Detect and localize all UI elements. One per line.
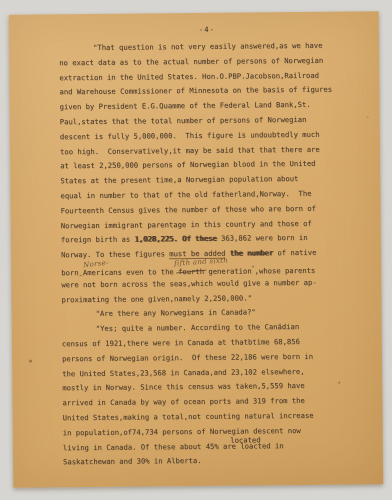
typed-segment: even to the (122, 267, 178, 277)
typed-line: Saskatchewan and 30% in Alberta. (63, 453, 359, 471)
typed-segment: 363,862 were born in (217, 233, 308, 243)
typed-correction-located: located (230, 433, 260, 448)
document-page: -4- "That question is not very easily an… (9, 11, 384, 488)
overstruck-text: the number (230, 248, 273, 257)
typed-segment: ,whose parents (255, 266, 316, 276)
typed-segment: in (271, 441, 284, 450)
typed-segment: foreign birth as (61, 235, 135, 245)
typed-text-block: -4- "That question is not very easily an… (59, 21, 359, 470)
typed-segment: Norse-^Americans (83, 268, 122, 277)
typed-segment: of native (273, 248, 316, 257)
struck-word: fifth and sixthfourth (178, 267, 204, 276)
paper-speck (367, 116, 369, 118)
paper-speck (29, 360, 32, 363)
typed-segment: living in Canada. Of these about 45% are (63, 441, 241, 452)
typed-segment: generation (204, 266, 252, 275)
typed-segment: Norway. To these figures (61, 249, 169, 259)
overstruck-text: 1,028,225. Of these (134, 234, 216, 244)
misspelled-word: locatedloacted (240, 441, 270, 450)
page-number: -4- (59, 21, 355, 38)
